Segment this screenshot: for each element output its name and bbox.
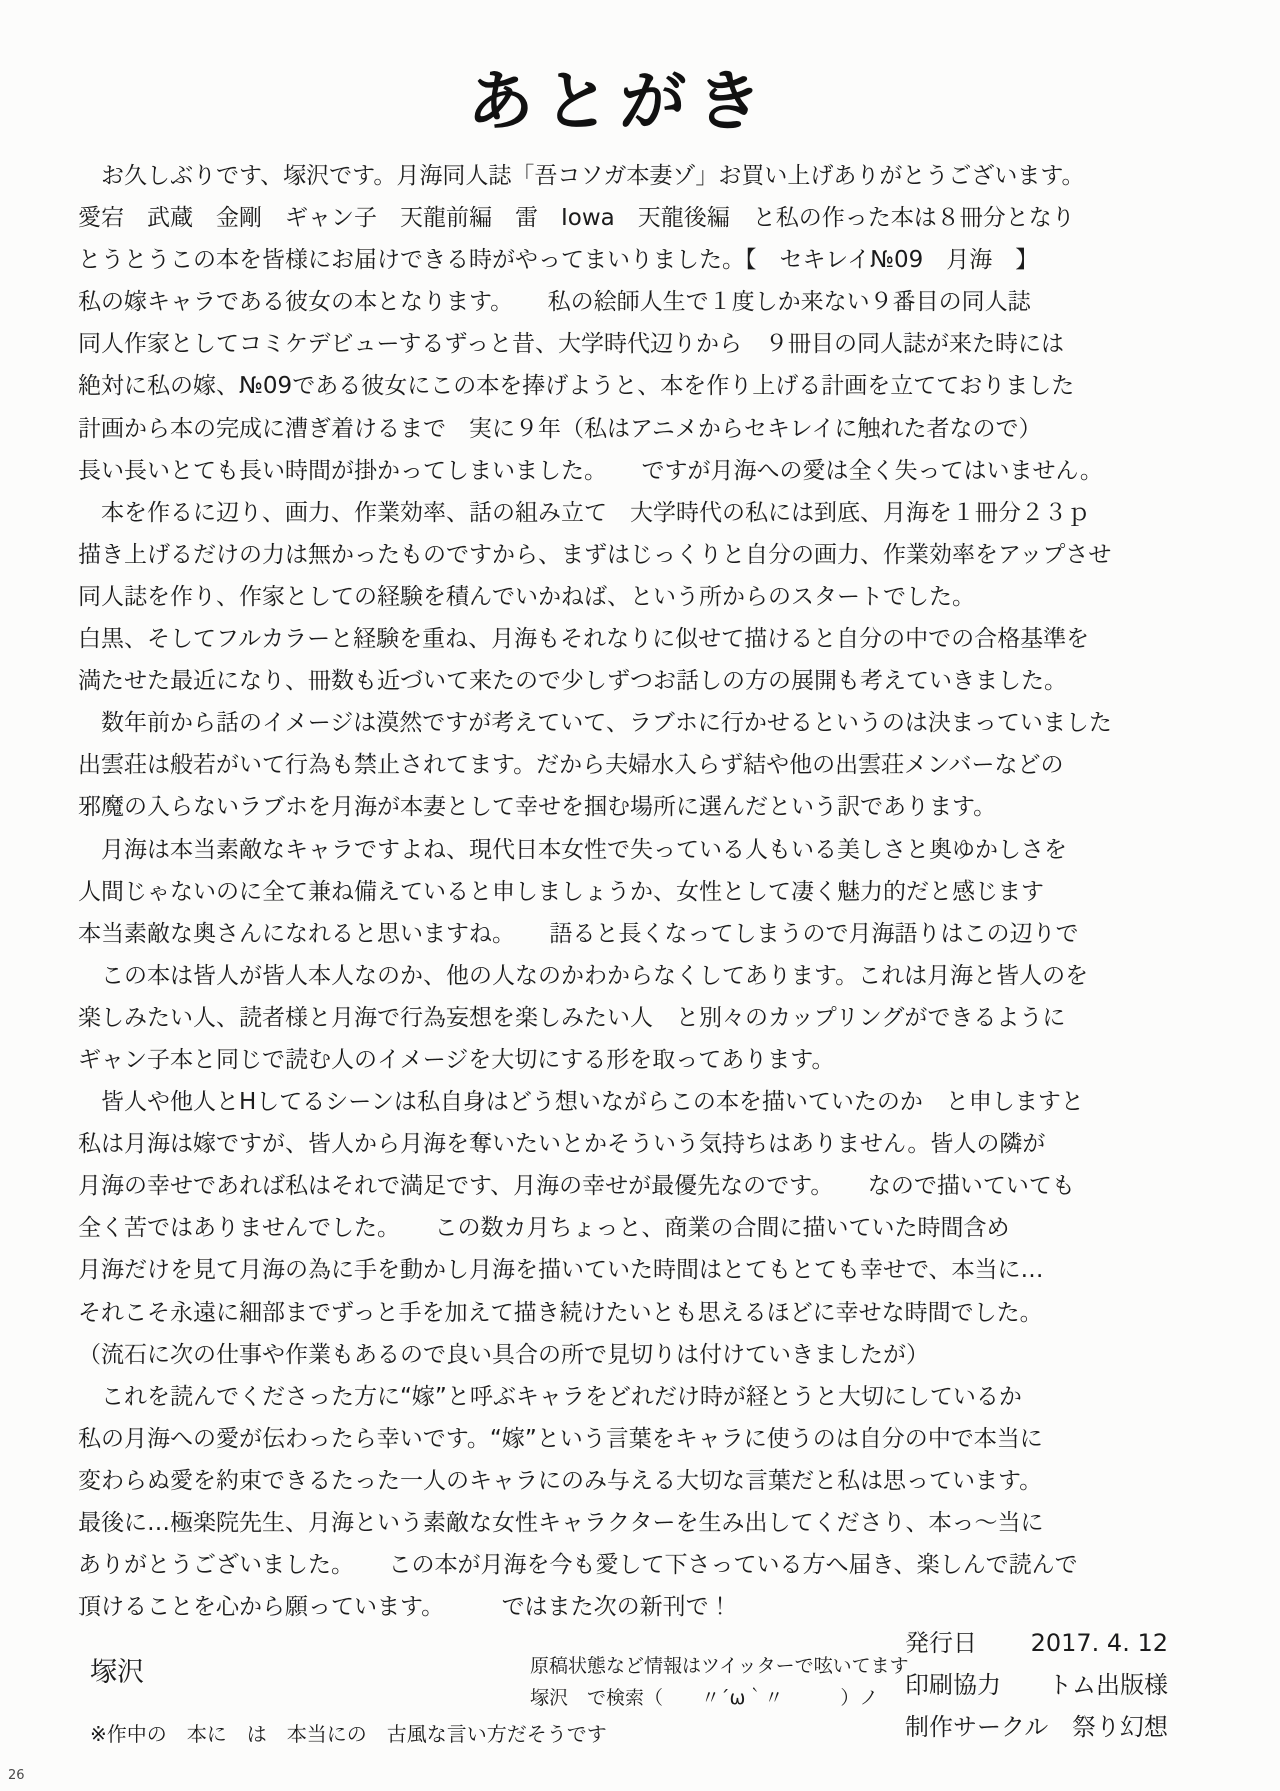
twitter-info: 原稿状態など情報はツイッターで呟いてます塚沢 で検索（ 〃´ω｀〃 ）ノ	[530, 1650, 909, 1714]
credit-label: 発行日	[905, 1622, 977, 1664]
body-line: 邪魔の入らないラブホを月海が本妻として幸せを掴む場所に選んだという訳であります。	[78, 786, 1198, 828]
page-number: 26	[8, 1768, 25, 1783]
page-title: あとがき	[0, 48, 1242, 143]
twitter-info-line: 塚沢 で検索（ 〃´ω｀〃 ）ノ	[530, 1682, 909, 1714]
body-line: ギャン子本と同じで読む人のイメージを大切にする形を取ってあります。	[78, 1039, 1198, 1081]
afterword-page: あとがき お久しぶりです、塚沢です。月海同人誌「吾コソガ本妻ゾ」お買い上げありが…	[0, 0, 1280, 1791]
body-line: 変わらぬ愛を約束できるたった一人のキャラにのみ与える大切な言葉だと私は思っていま…	[78, 1460, 1198, 1502]
credits-table: 発行日2017. 4. 12印刷協力トム出版様制作サークル祭り幻想	[905, 1622, 1168, 1748]
body-line: 月海の幸せであれば私はそれで満足です、月海の幸せが最優先なのです。 なので描いて…	[78, 1165, 1198, 1207]
body-line: 長い長いとても長い時間が掛かってしまいました。 ですが月海への愛は全く失ってはい…	[78, 450, 1198, 492]
body-line: 私は月海は嫁ですが、皆人から月海を奪いたいとかそういう気持ちはありません。皆人の…	[78, 1123, 1198, 1165]
body-line: これを読んでくださった方に“嫁”と呼ぶキャラをどれだけ時が経とうと大切にしている…	[78, 1376, 1198, 1418]
body-line: 計画から本の完成に漕ぎ着けるまで 実に９年（私はアニメからセキレイに触れた者なの…	[78, 408, 1198, 450]
body-line: 愛宕 武蔵 金剛 ギャン子 天龍前編 雷 Iowa 天龍後編 と私の作った本は８…	[78, 197, 1198, 239]
body-line: 満たせた最近になり、冊数も近づいて来たので少しずつお話しの方の展開も考えていきま…	[78, 660, 1198, 702]
footnote: ※作中の 本に は 本当にの 古風な言い方だそうです	[90, 1718, 607, 1747]
body-line: 白黒、そしてフルカラーと経験を重ね、月海もそれなりに似せて描けると自分の中での合…	[78, 618, 1198, 660]
body-line: 人間じゃないのに全て兼ね備えていると申しましょうか、女性として凄く魅力的だと感じ…	[78, 871, 1198, 913]
credit-row: 発行日2017. 4. 12	[905, 1622, 1168, 1664]
credit-value: 祭り幻想	[1072, 1706, 1168, 1748]
body-line: 月海だけを見て月海の為に手を動かし月海を描いていた時間はとてもとても幸せで、本当…	[78, 1249, 1198, 1291]
body-line: 数年前から話のイメージは漠然ですが考えていて、ラブホに行かせるというのは決まって…	[78, 702, 1198, 744]
body-line: 皆人や他人とHしてるシーンは私自身はどう想いながらこの本を描いていたのか と申し…	[78, 1081, 1198, 1123]
credit-value: トム出版様	[1048, 1664, 1168, 1706]
credit-row: 印刷協力トム出版様	[905, 1664, 1168, 1706]
body-line: 月海は本当素敵なキャラですよね、現代日本女性で失っている人もいる美しさと奥ゆかし…	[78, 829, 1198, 871]
body-line: 楽しみたい人、読者様と月海で行為妄想を楽しみたい人 と別々のカップリングができる…	[78, 997, 1198, 1039]
body-line: とうとうこの本を皆様にお届けできる時がやってまいりました。【 セキレイ№09 月…	[78, 239, 1198, 281]
body-line: 最後に…極楽院先生、月海という素敵な女性キャラクターを生み出してくださり、本っ〜…	[78, 1502, 1198, 1544]
author-name: 塚沢	[90, 1650, 144, 1689]
twitter-info-line: 原稿状態など情報はツイッターで呟いてます	[530, 1650, 909, 1682]
credit-label: 制作サークル	[905, 1706, 1048, 1748]
body-line: 本を作るに辺り、画力、作業効率、話の組み立て 大学時代の私には到底、月海を１冊分…	[78, 492, 1198, 534]
body-line: 本当素敵な奥さんになれると思いますね。 語ると長くなってしまうので月海語りはこの…	[78, 913, 1198, 955]
body-line: 絶対に私の嫁、№09である彼女にこの本を捧げようと、本を作り上げる計画を立ててお…	[78, 365, 1198, 407]
body-line: この本は皆人が皆人本人なのか、他の人なのかわからなくしてあります。これは月海と皆…	[78, 955, 1198, 997]
body-line: ありがとうございました。 この本が月海を今も愛して下さっている方へ届き、楽しんで…	[78, 1544, 1198, 1586]
body-line: 私の月海への愛が伝わったら幸いです。“嫁”という言葉をキャラに使うのは自分の中で…	[78, 1418, 1198, 1460]
body-line: 描き上げるだけの力は無かったものですから、まずはじっくりと自分の画力、作業効率を…	[78, 534, 1198, 576]
body-text: お久しぶりです、塚沢です。月海同人誌「吾コソガ本妻ゾ」お買い上げありがとうござい…	[78, 155, 1198, 1628]
body-line: （流石に次の仕事や作業もあるので良い具合の所で見切りは付けていきましたが）	[78, 1334, 1198, 1376]
credit-row: 制作サークル祭り幻想	[905, 1706, 1168, 1748]
body-line: お久しぶりです、塚沢です。月海同人誌「吾コソガ本妻ゾ」お買い上げありがとうござい…	[78, 155, 1198, 197]
body-line: それこそ永遠に細部までずっと手を加えて描き続けたいとも思えるほどに幸せな時間でし…	[78, 1292, 1198, 1334]
credit-label: 印刷協力	[905, 1664, 1001, 1706]
body-line: 出雲荘は般若がいて行為も禁止されてます。だから夫婦水入らず結や他の出雲荘メンバー…	[78, 744, 1198, 786]
body-line: 私の嫁キャラである彼女の本となります。 私の絵師人生で１度しか来ない９番目の同人…	[78, 281, 1198, 323]
credit-value: 2017. 4. 12	[1031, 1622, 1168, 1664]
body-line: 同人誌を作り、作家としての経験を積んでいかねば、という所からのスタートでした。	[78, 576, 1198, 618]
body-line: 全く苦ではありませんでした。 この数カ月ちょっと、商業の合間に描いていた時間含め	[78, 1207, 1198, 1249]
body-line: 同人作家としてコミケデビューするずっと昔、大学時代辺りから ９冊目の同人誌が来た…	[78, 323, 1198, 365]
